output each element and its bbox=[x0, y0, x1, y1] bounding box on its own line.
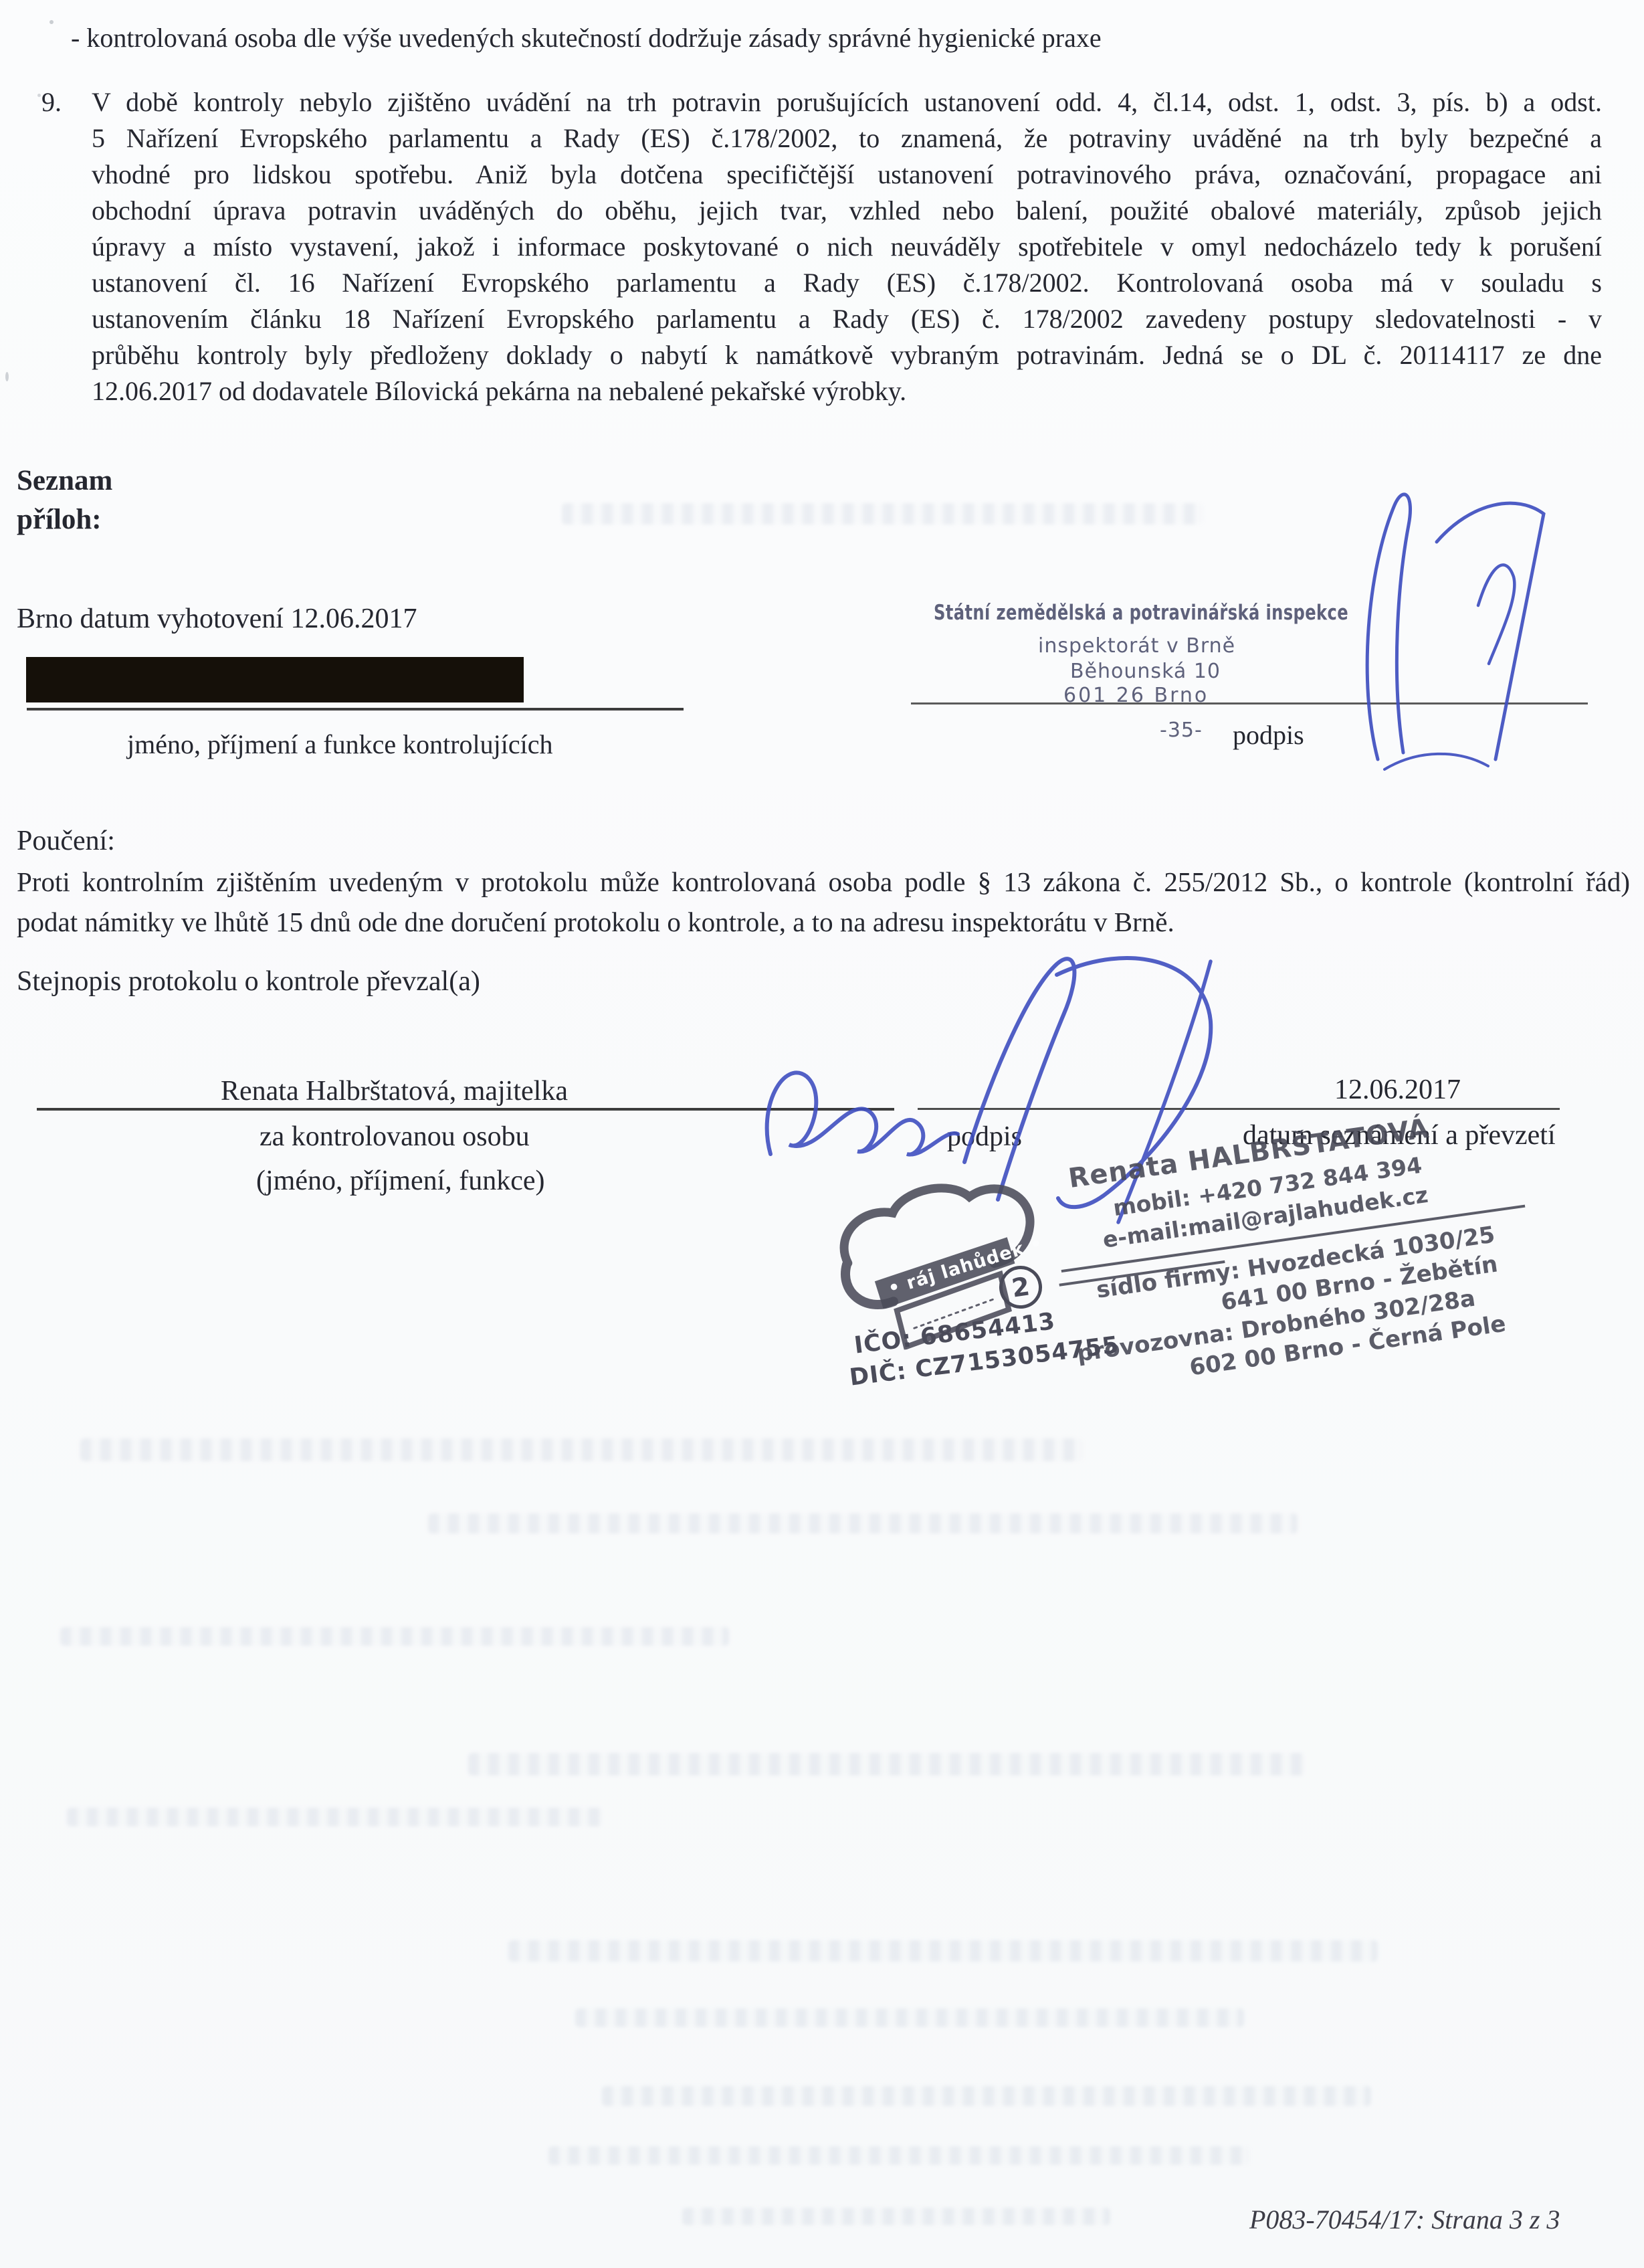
inspector-signature bbox=[1338, 462, 1565, 776]
item9-line: ustanovením článku 18 Nařízení Evropskéh… bbox=[92, 301, 1602, 337]
bleedthrough-line bbox=[60, 1627, 729, 1646]
scan-speck bbox=[5, 372, 9, 381]
scan-speck bbox=[37, 94, 41, 97]
item9-line: obchodní úprava potravin uváděných do ob… bbox=[92, 193, 1602, 229]
place-date-line: Brno datum vyhotovení 12.06.2017 bbox=[17, 601, 417, 637]
item9-line: V době kontroly nebylo zjištěno uvádění … bbox=[92, 84, 1602, 120]
item9-line: 12.06.2017 od dodavatele Bílovická pekár… bbox=[92, 373, 1602, 409]
bleedthrough-line bbox=[682, 2208, 1110, 2225]
szpi-stamp-line2: inspektorát v Brně bbox=[1038, 634, 1235, 658]
attachments-heading-line1: Seznam bbox=[17, 463, 112, 499]
item9-line: 5 Nařízení Evropského parlamentu a Rady … bbox=[92, 120, 1602, 157]
item9-number: 9. bbox=[41, 84, 62, 120]
bleedthrough-line bbox=[468, 1753, 1304, 1776]
scan-speck bbox=[49, 20, 54, 24]
recipient-caption-line: (jméno, příjmení, funkce) bbox=[256, 1163, 545, 1199]
bleedthrough-line bbox=[602, 2086, 1371, 2106]
bleedthrough-line bbox=[428, 1513, 1298, 1533]
footer-page-reference: P083-70454/17: Strana 3 z 3 bbox=[1249, 2204, 1560, 2235]
hygiene-practice-line: - kontrolovaná osoba dle výše uvedených … bbox=[71, 20, 1102, 56]
szpi-stamp-line4: 601 26 Brno bbox=[1063, 684, 1209, 707]
attachments-heading-line2: příloh: bbox=[17, 502, 102, 538]
advice-line: Proti kontrolním zjištěním uvedeným v pr… bbox=[17, 862, 1630, 902]
item9-line: ustanovení čl. 16 Nařízení Evropského pa… bbox=[92, 265, 1602, 301]
bleedthrough-line bbox=[575, 2008, 1244, 2027]
bleedthrough-line bbox=[562, 503, 1204, 525]
item9-line: průběhu kontroly byly předloženy doklady… bbox=[92, 337, 1602, 373]
szpi-stamp-line3: Běhounská 10 bbox=[1070, 660, 1221, 683]
inspectors-signature-line bbox=[27, 708, 684, 711]
scanned-protocol-page: - kontrolovaná osoba dle výše uvedených … bbox=[0, 0, 1644, 2268]
bleedthrough-line bbox=[67, 1808, 602, 1826]
date-received: 12.06.2017 bbox=[1334, 1072, 1461, 1108]
recipient-for-line: za kontrolovanou osobu bbox=[260, 1119, 530, 1155]
szpi-stamp-line1: Státní zemědělská a potravinářská inspek… bbox=[934, 601, 1348, 625]
recipient-name-line: Renata Halbrštatová, majitelka bbox=[221, 1073, 568, 1109]
bleedthrough-line bbox=[548, 2146, 1251, 2165]
podpis-label-top: podpis bbox=[1233, 717, 1304, 753]
szpi-stamp-line5: -35- bbox=[1160, 719, 1203, 742]
advice-heading: Poučení: bbox=[17, 823, 115, 859]
bleedthrough-line bbox=[80, 1438, 1084, 1461]
copy-received-line: Stejnopis protokolu o kontrole převzal(a… bbox=[17, 963, 480, 1000]
bleedthrough-line bbox=[508, 1940, 1378, 1962]
redaction-bar bbox=[26, 657, 524, 702]
item9-line: úpravy a místo vystavení, jakož i inform… bbox=[92, 229, 1602, 265]
inspectors-caption: jméno, příjmení a funkce kontrolujících bbox=[127, 727, 552, 763]
item9-line: vhodné pro lidskou spotřebu. Aniž byla d… bbox=[92, 157, 1602, 193]
